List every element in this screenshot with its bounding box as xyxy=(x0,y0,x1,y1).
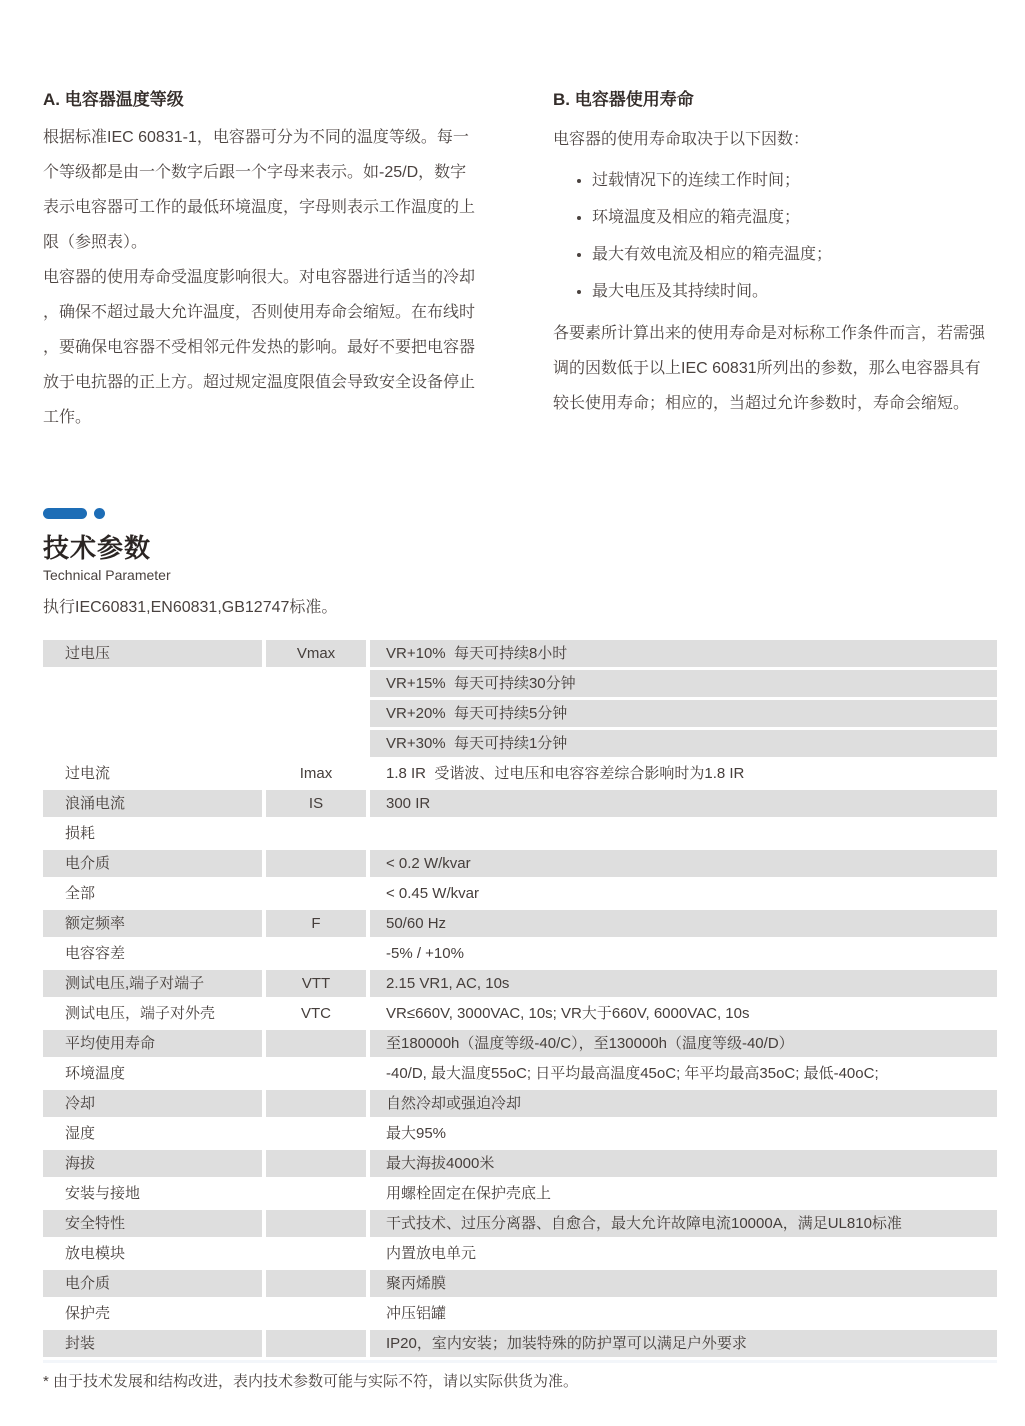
table-cell-symbol xyxy=(266,1210,366,1237)
table-cell-symbol: VTC xyxy=(266,1000,366,1027)
section-dash-icon xyxy=(43,508,87,519)
table-cell-symbol xyxy=(266,670,366,697)
table-cell-label: 额定频率 xyxy=(43,910,262,937)
page-subtitle: Technical Parameter xyxy=(43,566,171,584)
table-cell-value: 干式技术、过压分离器、自愈合，最大允许故障电流10000A，满足UL810标准 xyxy=(370,1210,997,1237)
table-cell-symbol xyxy=(266,850,366,877)
table-cell-label: 全部 xyxy=(43,880,262,907)
table-cell-value: 最大海拔4000米 xyxy=(370,1150,997,1177)
list-item: 环境温度及相应的箱壳温度； xyxy=(592,199,1003,236)
table-cell-label: 平均使用寿命 xyxy=(43,1030,262,1057)
table-cell-value: VR+30% 每天可持续1分钟 xyxy=(370,730,997,757)
table-cell-value: VR+15% 每天可持续30分钟 xyxy=(370,670,997,697)
service-life-factor-list: 过载情况下的连续工作时间； 环境温度及相应的箱壳温度； 最大有效电流及相应的箱壳… xyxy=(553,162,1003,310)
table-cell-value: 300 IR xyxy=(370,790,997,817)
table-cell-symbol xyxy=(266,1300,366,1327)
table-cell-value: < 0.45 W/kvar xyxy=(370,880,997,907)
table-cell-symbol xyxy=(266,1180,366,1207)
table-cell-label: 过电压 xyxy=(43,640,262,667)
table-cell-label: 过电流 xyxy=(43,760,262,787)
table-cell-label: 放电模块 xyxy=(43,1240,262,1267)
table-cell-value: 最大95% xyxy=(370,1120,997,1147)
table-cell-label: 电介质 xyxy=(43,850,262,877)
section-a-paragraph-1: 根据标准IEC 60831-1，电容器可分为不同的温度等级。每一 个等级都是由一… xyxy=(43,120,513,260)
table-cell-symbol xyxy=(266,1030,366,1057)
table-cell-value: 自然冷却或强迫冷却 xyxy=(370,1090,997,1117)
table-cell-symbol xyxy=(266,1270,366,1297)
section-a-heading: A. 电容器温度等级 xyxy=(43,88,513,112)
table-bottom-divider xyxy=(43,1360,997,1363)
section-b-heading: B. 电容器使用寿命 xyxy=(553,88,1003,112)
table-cell-symbol: Imax xyxy=(266,760,366,787)
table-cell-symbol xyxy=(266,700,366,727)
table-cell-label: 损耗 xyxy=(43,820,262,847)
table-cell-value: VR+10% 每天可持续8小时 xyxy=(370,640,997,667)
table-cell-symbol: VTT xyxy=(266,970,366,997)
table-cell-label: 电介质 xyxy=(43,1270,262,1297)
table-cell-label: 封装 xyxy=(43,1330,262,1357)
table-cell-label: 安全特性 xyxy=(43,1210,262,1237)
table-cell-value: 50/60 Hz xyxy=(370,910,997,937)
list-item: 过载情况下的连续工作时间； xyxy=(592,162,1003,199)
footnote: * 由于技术发展和结构改进，表内技术参数可能与实际不符，请以实际供货为准。 xyxy=(43,1372,578,1392)
table-cell-value: 聚丙烯膜 xyxy=(370,1270,997,1297)
table-cell-symbol xyxy=(266,1090,366,1117)
table-cell-symbol xyxy=(266,1120,366,1147)
table-cell-symbol xyxy=(266,880,366,907)
section-b-intro: 电容器的使用寿命取决于以下因数： xyxy=(553,122,1003,157)
table-cell-label: 冷却 xyxy=(43,1090,262,1117)
table-cell-symbol: IS xyxy=(266,790,366,817)
table-cell-value: VR≤660V, 3000VAC, 10s; VR大于660V, 6000VAC… xyxy=(370,1000,997,1027)
section-dot-icon xyxy=(94,508,105,519)
table-cell-label: 测试电压，端子对外壳 xyxy=(43,1000,262,1027)
table-cell-value: VR+20% 每天可持续5分钟 xyxy=(370,700,997,727)
table-cell-symbol xyxy=(266,1150,366,1177)
table-cell-value: 冲压铝罐 xyxy=(370,1300,997,1327)
table-cell-label xyxy=(43,670,262,697)
table-cell-label: 环境温度 xyxy=(43,1060,262,1087)
technical-parameter-table: 过电压 Vmax VR+10% 每天可持续8小时 VR+15% 每天可持续30分… xyxy=(43,640,997,1357)
table-cell-label xyxy=(43,730,262,757)
table-cell-label: 湿度 xyxy=(43,1120,262,1147)
section-service-life: B. 电容器使用寿命 电容器的使用寿命取决于以下因数： 过载情况下的连续工作时间… xyxy=(553,88,1003,421)
table-cell-label: 保护壳 xyxy=(43,1300,262,1327)
standards-line: 执行IEC60831,EN60831,GB12747标准。 xyxy=(43,597,337,619)
table-cell-label: 测试电压,端子对端子 xyxy=(43,970,262,997)
table-cell-label xyxy=(43,700,262,727)
table-cell-symbol: Vmax xyxy=(266,640,366,667)
table-cell-label: 海拔 xyxy=(43,1150,262,1177)
table-cell-symbol xyxy=(266,820,366,847)
table-cell-symbol: F xyxy=(266,910,366,937)
list-item: 最大有效电流及相应的箱壳温度； xyxy=(592,236,1003,273)
table-cell-value xyxy=(370,820,997,847)
section-b-paragraph: 各要素所计算出来的使用寿命是对标称工作条件而言，若需强 调的因数低于以上IEC … xyxy=(553,316,1003,421)
table-cell-symbol xyxy=(266,1240,366,1267)
section-marker xyxy=(43,507,171,519)
datasheet-page: A. 电容器温度等级 根据标准IEC 60831-1，电容器可分为不同的温度等级… xyxy=(0,0,1025,1426)
section-a-paragraph-2: 电容器的使用寿命受温度影响很大。对电容器进行适当的冷却 ，确保不超过最大允许温度… xyxy=(43,260,513,435)
table-cell-label: 浪涌电流 xyxy=(43,790,262,817)
table-cell-label: 安装与接地 xyxy=(43,1180,262,1207)
table-cell-value: 2.15 VR1, AC, 10s xyxy=(370,970,997,997)
table-cell-symbol xyxy=(266,1060,366,1087)
table-cell-value: 内置放电单元 xyxy=(370,1240,997,1267)
table-cell-symbol xyxy=(266,1330,366,1357)
table-cell-label: 电容容差 xyxy=(43,940,262,967)
table-cell-symbol xyxy=(266,940,366,967)
table-cell-value: -5% / +10% xyxy=(370,940,997,967)
page-title: 技术参数 xyxy=(43,533,171,563)
section-temperature-class: A. 电容器温度等级 根据标准IEC 60831-1，电容器可分为不同的温度等级… xyxy=(43,88,513,435)
table-cell-value: 至180000h（温度等级-40/C），至130000h（温度等级-40/D） xyxy=(370,1030,997,1057)
table-cell-symbol xyxy=(266,730,366,757)
table-cell-value: -40/D, 最大温度55oC; 日平均最高温度45oC; 年平均最高35oC;… xyxy=(370,1060,997,1087)
tech-parameter-header: 技术参数 Technical Parameter xyxy=(43,507,171,584)
table-cell-value: 用螺栓固定在保护壳底上 xyxy=(370,1180,997,1207)
table-cell-value: < 0.2 W/kvar xyxy=(370,850,997,877)
list-item: 最大电压及其持续时间。 xyxy=(592,273,1003,310)
table-cell-value: IP20，室内安装；加装特殊的防护罩可以满足户外要求 xyxy=(370,1330,997,1357)
table-cell-value: 1.8 IR 受谐波、过电压和电容容差综合影响时为1.8 IR xyxy=(370,760,997,787)
